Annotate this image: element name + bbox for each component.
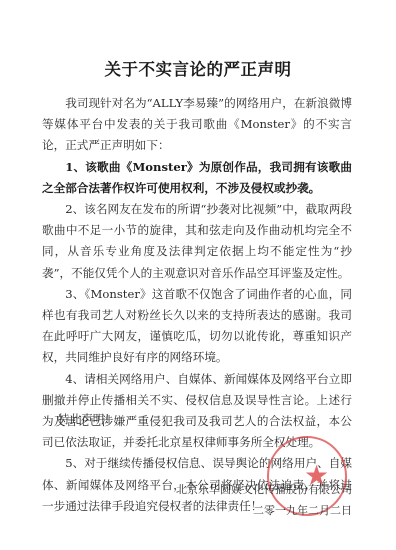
document-title: 关于不实言论的严正声明 — [0, 56, 396, 80]
item-2: 2、该名网友在发布的所谓“抄袭对比视频”中，截取两段歌曲中不足一小节的旋律，其和… — [42, 199, 352, 284]
closing-statement: 特此声明！ — [58, 411, 116, 427]
item-3: 3、《Monster》这首歌不仅饱含了词曲作者的心血，同样也有我司艺人对粉丝长久… — [42, 284, 352, 369]
intro-paragraph: 我司现针对名为“ALLY李易臻”的网络用户，在新浪微博等媒体平台中发表的关于我司… — [42, 93, 352, 157]
signature-date: 二零一九年二月二日 — [176, 500, 352, 521]
item-1: 1、该歌曲《Monster》为原创作品，我司拥有该歌曲之全部合法著作权许可使用权… — [42, 157, 352, 199]
company-name: 北京乐华圆娱文化传播股份有限公司 — [176, 479, 352, 500]
signature-block: 北京乐华圆娱文化传播股份有限公司 二零一九年二月二日 — [176, 479, 352, 521]
